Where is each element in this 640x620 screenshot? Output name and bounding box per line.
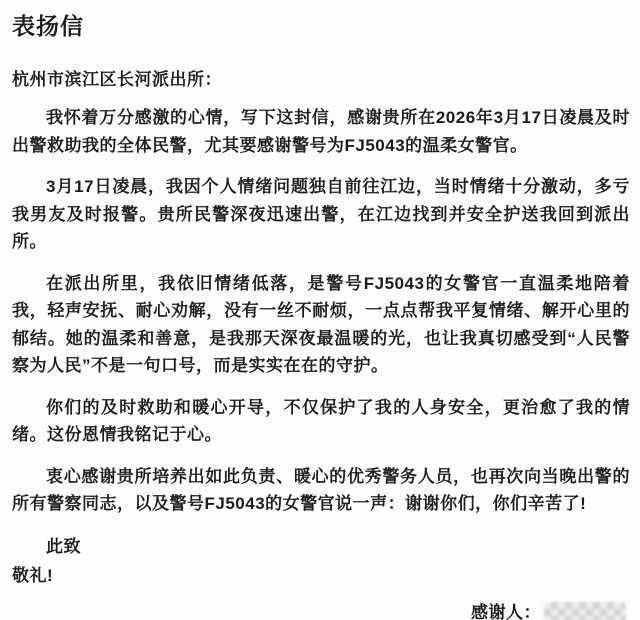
signature-line: 感谢人：	[12, 598, 630, 620]
letter-paragraph: 你们的及时救助和暖心开导，不仅保护了我的人身安全，更治愈了我的情绪。这份恩情我铭…	[12, 394, 630, 449]
letter-paragraph: 3月17日凌晨，我因个人情绪问题独自前往江边，当时情绪十分激动，多亏我男友及时报…	[12, 173, 630, 256]
commendation-letter-document: 表扬信 杭州市滨江区长河派出所： 我怀着万分感激的心情，写下这封信，感谢贵所在2…	[0, 0, 640, 620]
redacted-signer-name	[544, 602, 626, 620]
letter-paragraph: 衷心感谢贵所培养出如此负责、暖心的优秀警务人员，也再次向当晚出警的所有警察同志，…	[12, 463, 630, 518]
letter-paragraph: 在派出所里，我依旧情绪低落，是警号FJ5043的女警官一直温柔地陪着我，轻声安抚…	[12, 270, 630, 380]
letter-paragraph: 我怀着万分感激的心情，写下这封信，感谢贵所在2026年3月17日凌晨及时出警救助…	[12, 104, 630, 159]
letter-title: 表扬信	[12, 8, 630, 41]
signature-label: 感谢人：	[471, 603, 541, 620]
letter-salutation: 杭州市滨江区长河派出所：	[12, 65, 630, 90]
closing-jingli: 敬礼!	[12, 561, 630, 586]
closing-cizhi: 此致	[12, 532, 630, 557]
